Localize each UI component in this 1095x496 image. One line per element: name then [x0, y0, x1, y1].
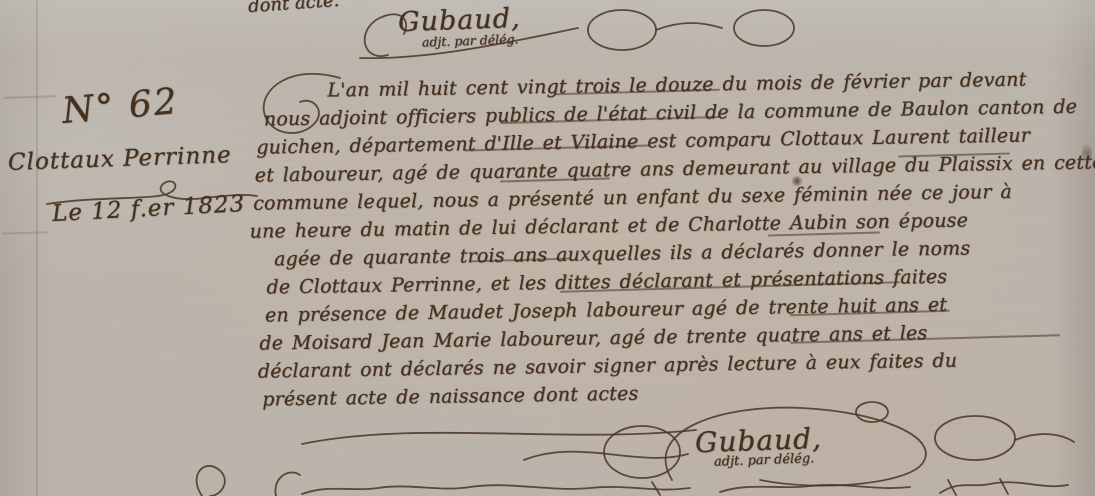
page-fold-line	[36, 0, 38, 496]
act-line: déclarant ont déclarés ne savoir signer …	[258, 350, 958, 383]
ink-blot	[790, 176, 804, 186]
act-line: une heure du matin de lui déclarant et d…	[250, 209, 969, 242]
act-line: agée de quarante trois ans auxquelles il…	[274, 237, 971, 270]
margin-act-number: N° 62	[60, 81, 180, 132]
act-line: L'an mil huit cent vingt trois le douze …	[327, 69, 1026, 102]
margin-act-name: Clottaux Perrinne	[8, 142, 233, 176]
act-body-text: L'an mil huit cent vingt trois le douze …	[247, 67, 1095, 430]
edge-smudge	[1082, 140, 1092, 166]
previous-act-ending: dont acte.	[247, 0, 340, 17]
next-margin-note-strokes	[180, 455, 320, 496]
top-signature-flourish	[350, 0, 890, 66]
paper-fiber-streak	[2, 231, 48, 234]
manuscript-page: dont acte. Gubaud, adjt. par délég. N° 6…	[0, 0, 1095, 496]
paper-fiber-streak	[4, 95, 56, 98]
act-line: de Moisard Jean Marie laboureur, agé de …	[259, 322, 927, 354]
next-act-partial-line-strokes	[300, 478, 1090, 496]
act-line: en présence de Maudet Joseph laboureur a…	[265, 294, 947, 327]
